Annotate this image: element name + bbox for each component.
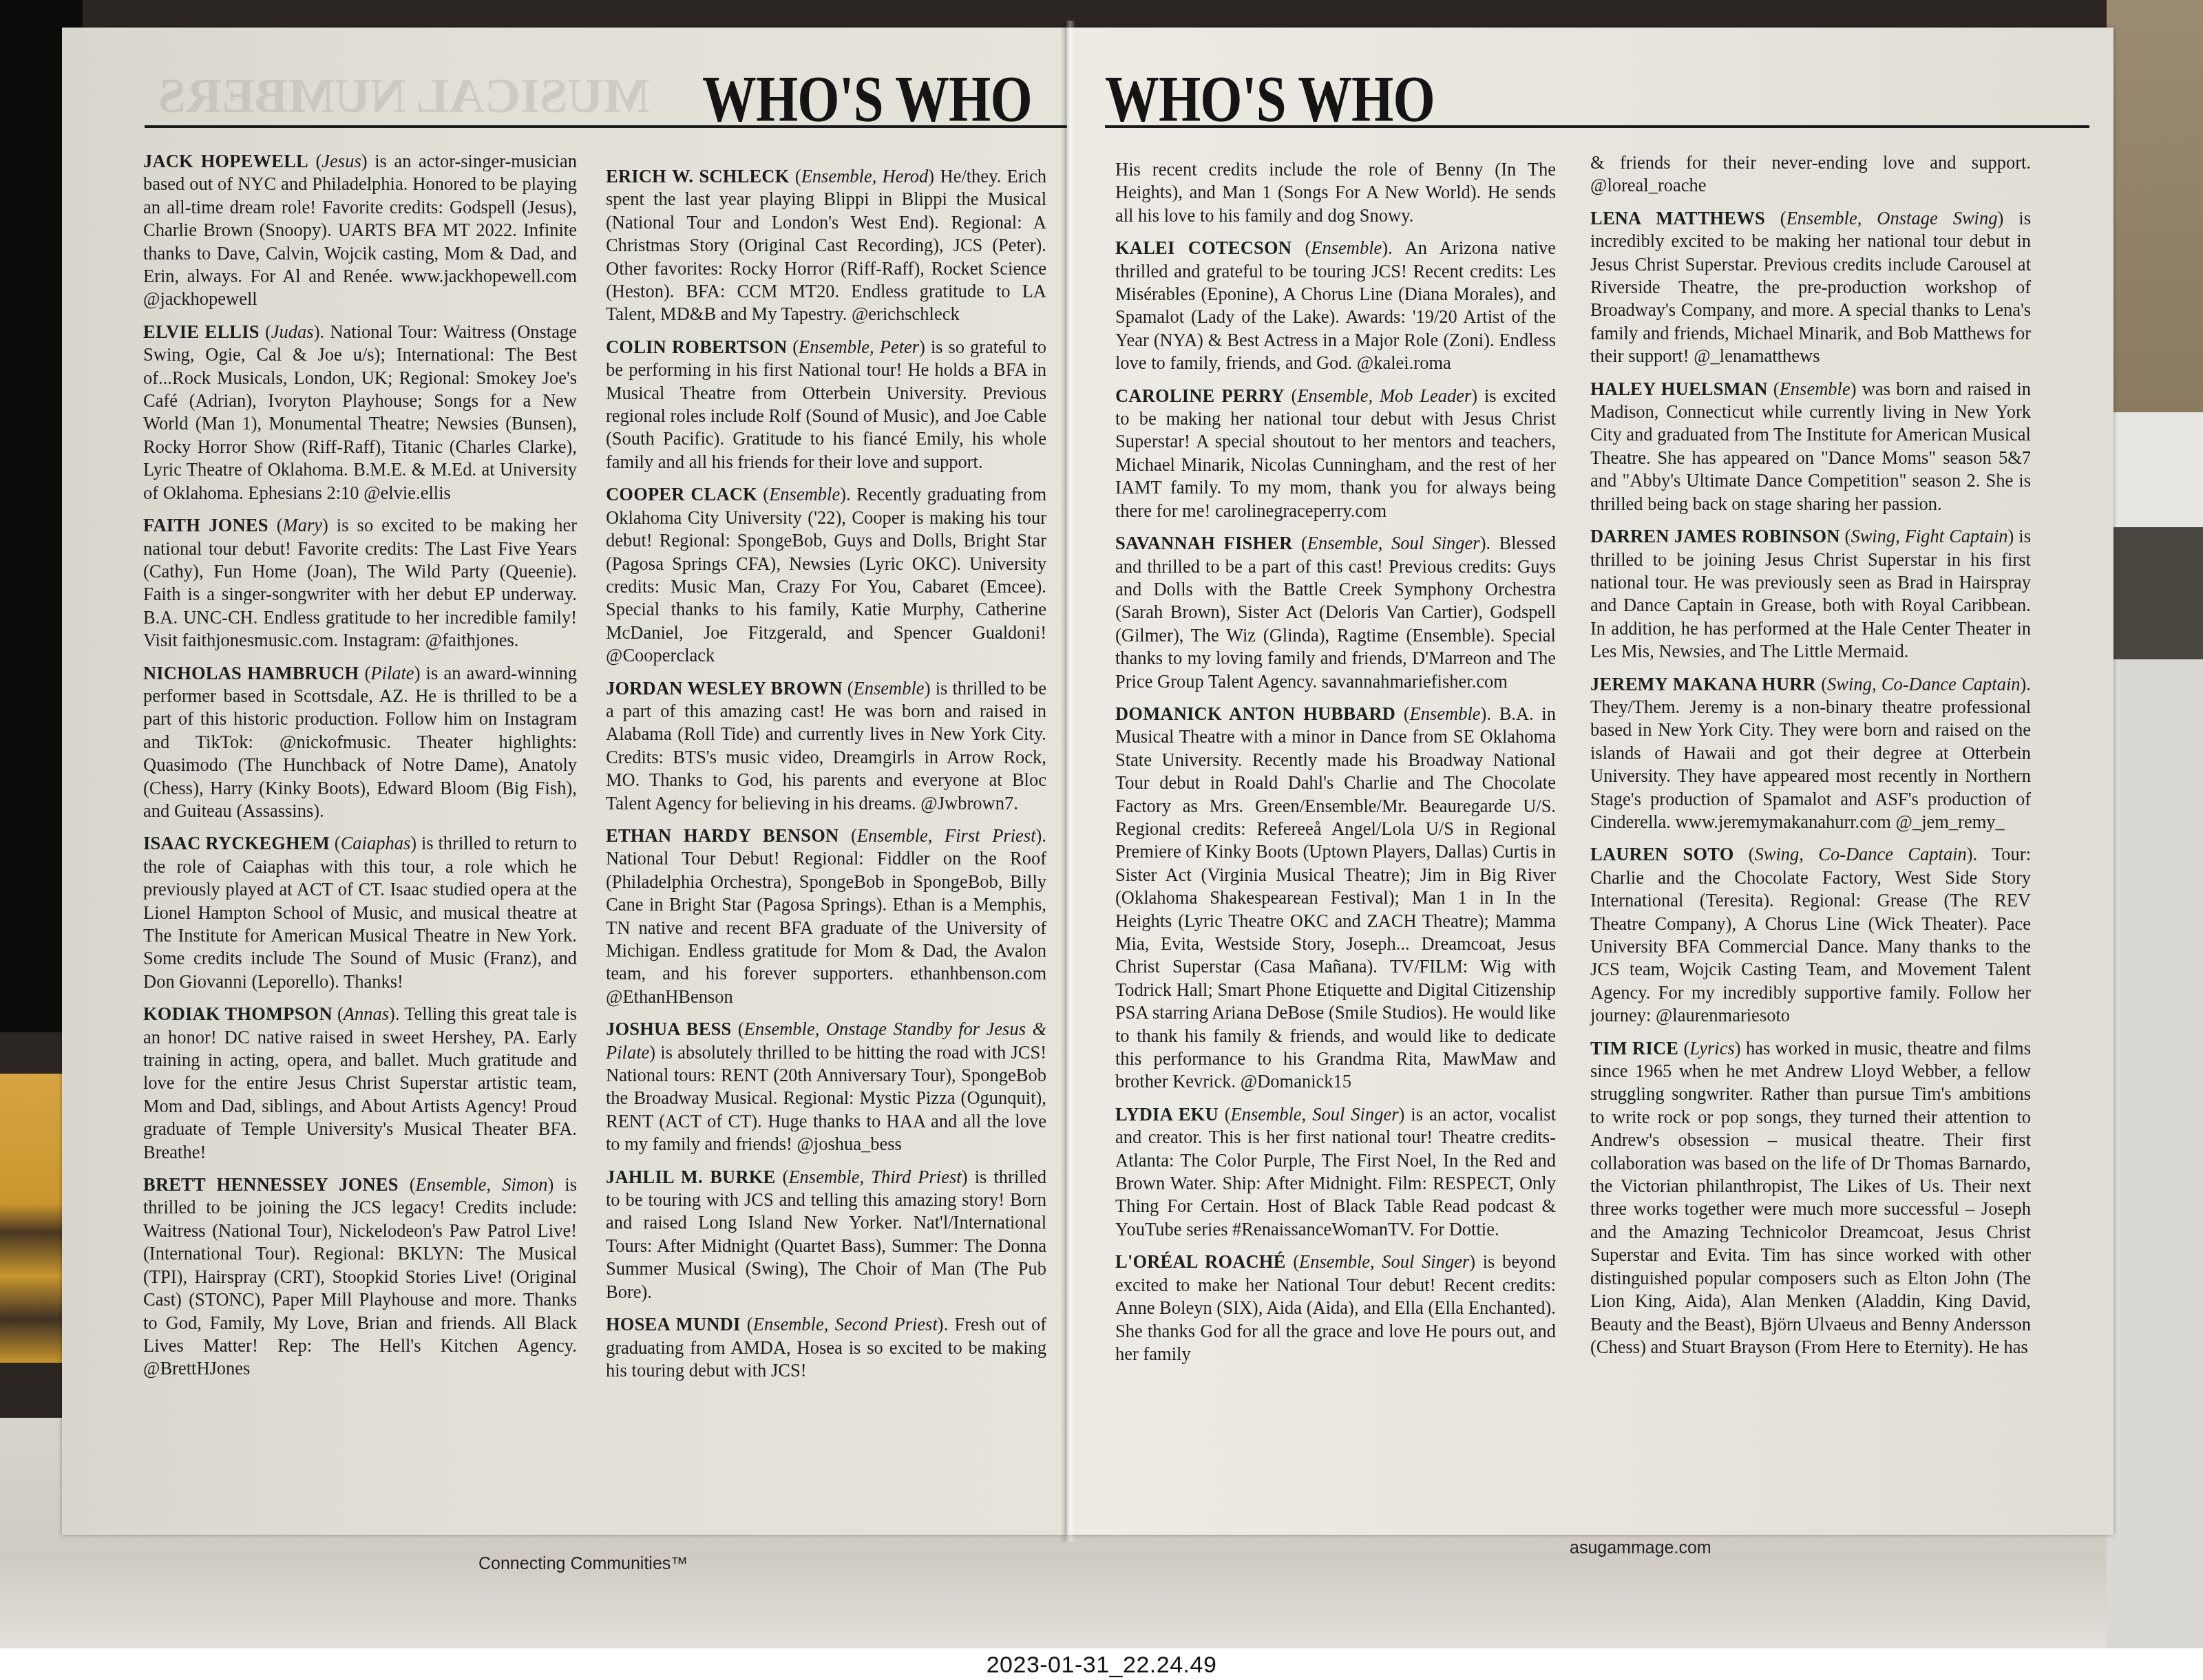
- bio-column-3: His recent credits include the role of B…: [1115, 158, 1556, 1375]
- bio-role: Ensemble, Peter: [799, 337, 919, 357]
- program-photo: MUSICAL NUMBERS WHO'S WHO JACK HOPEWELL …: [0, 0, 2203, 1648]
- bio-entry: DARREN JAMES ROBINSON (Swing, Fight Capt…: [1590, 525, 2031, 663]
- bio-role: Ensemble, Soul Singer: [1307, 533, 1480, 553]
- bio-entry: ERICH W. SCHLECK (Ensemble, Herod) He/th…: [606, 165, 1046, 326]
- bio-entry: LENA MATTHEWS (Ensemble, Onstage Swing) …: [1590, 207, 2031, 368]
- bio-role: Ensemble, Third Priest: [788, 1167, 961, 1187]
- bio-text: . Telling this great tale is an honor! D…: [143, 1003, 577, 1162]
- bio-text: is thrilled to return to the role of Cai…: [143, 833, 577, 991]
- bio-name: ISAAC RYCKEGHEM: [143, 833, 330, 853]
- bio-entry: CAROLINE PERRY (Ensemble, Mob Leader) is…: [1115, 385, 1556, 522]
- bio-entry: KALEI COTECSON (Ensemble). An Arizona na…: [1115, 237, 1556, 374]
- heading-rule: [145, 125, 1081, 128]
- background-right-objects: [2107, 0, 2203, 1648]
- bio-entry: TIM RICE (Lyrics) has worked in music, t…: [1590, 1037, 2031, 1359]
- bio-name: DOMANICK ANTON HUBBARD: [1115, 703, 1395, 724]
- bio-continuation: His recent credits include the role of B…: [1115, 158, 1556, 227]
- bio-name: JOSHUA BESS: [606, 1019, 731, 1039]
- bio-name: L'ORÉAL ROACHÉ: [1115, 1251, 1286, 1272]
- bio-name: ETHAN HARDY BENSON: [606, 825, 839, 846]
- bio-entry: ISAAC RYCKEGHEM (Caiaphas) is thrilled t…: [143, 832, 577, 993]
- bio-name: HALEY HUELSMAN: [1590, 379, 1768, 399]
- bio-entry: SAVANNAH FISHER (Ensemble, Soul Singer).…: [1115, 532, 1556, 693]
- bio-entry: LAUREN SOTO (Swing, Co-Dance Captain). T…: [1590, 843, 2031, 1027]
- heading-rule: [1105, 125, 2089, 128]
- bio-role: Ensemble: [1780, 379, 1851, 399]
- bio-entry: COOPER CLACK (Ensemble). Recently gradua…: [606, 483, 1046, 667]
- bio-role: Ensemble: [854, 678, 925, 699]
- bio-continuation: & friends for their never-ending love an…: [1590, 151, 2031, 198]
- bio-name: BRETT HENNESSEY JONES: [143, 1174, 399, 1195]
- bio-entry: JORDAN WESLEY BROWN (Ensemble) is thrill…: [606, 677, 1046, 815]
- bio-entry: DOMANICK ANTON HUBBARD (Ensemble). B.A. …: [1115, 703, 1556, 1094]
- bio-role: Ensemble, Soul Singer: [1299, 1251, 1469, 1272]
- bio-role: Caiaphas: [341, 833, 411, 853]
- bio-text: is an award-winning performer based in S…: [143, 663, 577, 821]
- bio-name: HOSEA MUNDI: [606, 1314, 741, 1335]
- bio-role: Ensemble, Mob Leader: [1297, 385, 1471, 406]
- book-spine: [1060, 21, 1075, 1542]
- bio-name: JACK HOPEWELL: [143, 151, 308, 171]
- bio-role: Ensemble: [1410, 703, 1481, 724]
- bio-name: KODIAK THOMPSON: [143, 1003, 333, 1024]
- bio-entry: KODIAK THOMPSON (Annas). Telling this gr…: [143, 1003, 577, 1164]
- bio-role: Ensemble: [769, 484, 840, 504]
- bio-entry: ETHAN HARDY BENSON (Ensemble, First Prie…: [606, 825, 1046, 1008]
- bio-role: Jesus: [322, 151, 361, 171]
- bio-entry: BRETT HENNESSEY JONES (Ensemble, Simon) …: [143, 1173, 577, 1381]
- bio-entry: JEREMY MAKANA HURR (Swing, Co-Dance Capt…: [1590, 673, 2031, 834]
- bio-column-2: ERICH W. SCHLECK (Ensemble, Herod) He/th…: [606, 165, 1046, 1392]
- bio-role: Annas: [344, 1003, 389, 1024]
- right-page: WHO'S WHO His recent credits include the…: [1067, 28, 2114, 1535]
- bio-role: Pilate: [370, 663, 414, 683]
- bio-text: is absolutely thrilled to be hitting the…: [606, 1042, 1046, 1155]
- bio-entry: JAHLIL M. BURKE (Ensemble, Third Priest)…: [606, 1166, 1046, 1304]
- footer-tagline: Connecting Communities™: [478, 1554, 688, 1574]
- bio-name: COLIN ROBERTSON: [606, 337, 787, 357]
- bio-name: FAITH JONES: [143, 515, 268, 535]
- bio-text: . National Tour: Waitress (Onstage Swing…: [143, 321, 577, 503]
- bio-name: JEREMY MAKANA HURR: [1590, 674, 1816, 694]
- bio-entry: L'ORÉAL ROACHÉ (Ensemble, Soul Singer) i…: [1115, 1251, 1556, 1365]
- bio-column-4: & friends for their never-ending love an…: [1590, 151, 2031, 1368]
- bio-text: . Blessed and thrilled to be a part of t…: [1115, 533, 1556, 691]
- bio-name: LAUREN SOTO: [1590, 844, 1734, 864]
- bio-role: Swing, Fight Captain: [1851, 526, 2007, 546]
- bio-role: Ensemble: [1311, 237, 1382, 258]
- bio-text: He/they. Erich spent the last year playi…: [606, 166, 1046, 324]
- bio-role: Ensemble, Soul Singer: [1231, 1104, 1399, 1125]
- bio-entry: LYDIA EKU (Ensemble, Soul Singer) is an …: [1115, 1103, 1556, 1241]
- bio-name: JAHLIL M. BURKE: [606, 1167, 775, 1187]
- bio-role: Ensemble, Onstage Swing: [1786, 208, 1998, 228]
- bio-role: Swing, Co-Dance Captain: [1755, 844, 1967, 864]
- bio-name: NICHOLAS HAMBRUCH: [143, 663, 359, 683]
- bio-entry: FAITH JONES (Mary) is so excited to be m…: [143, 514, 577, 652]
- bio-text: . National Tour Debut! Regional: Fiddler…: [606, 825, 1046, 1007]
- bio-name: SAVANNAH FISHER: [1115, 533, 1292, 553]
- bio-text: has worked in music, theatre and films s…: [1590, 1038, 2031, 1357]
- bio-name: LENA MATTHEWS: [1590, 208, 1765, 228]
- bio-role: Ensemble, Herod: [801, 166, 929, 187]
- bio-role: Ensemble, First Priest: [857, 825, 1036, 846]
- bio-text: is an actor-singer-musician based out of…: [143, 151, 577, 309]
- bio-role: Mary: [283, 515, 322, 535]
- left-page: MUSICAL NUMBERS WHO'S WHO JACK HOPEWELL …: [62, 28, 1067, 1535]
- bio-role: Ensemble, Simon: [415, 1174, 547, 1195]
- photo-timestamp: 2023-01-31_22.24.49: [0, 1652, 2203, 1679]
- show-through-heading: MUSICAL NUMBERS: [158, 67, 650, 125]
- bio-name: LYDIA EKU: [1115, 1104, 1219, 1125]
- bio-column-1: JACK HOPEWELL (Jesus) is an actor-singer…: [143, 150, 577, 1390]
- bio-role: Lyrics: [1689, 1038, 1734, 1059]
- bio-name: COOPER CLACK: [606, 484, 757, 504]
- bio-entry: HOSEA MUNDI (Ensemble, Second Priest). F…: [606, 1313, 1046, 1382]
- bio-entry: ELVIE ELLIS (Judas). National Tour: Wait…: [143, 321, 577, 504]
- bio-text: is thrilled to be joining the JCS legacy…: [143, 1174, 577, 1379]
- bio-name: ELVIE ELLIS: [143, 321, 260, 342]
- bio-entry: HALEY HUELSMAN (Ensemble) was born and r…: [1590, 378, 2031, 515]
- bio-text: . B.A. in Musical Theatre with a minor i…: [1115, 703, 1556, 1092]
- bio-name: ERICH W. SCHLECK: [606, 166, 790, 187]
- bio-role: Judas: [271, 321, 314, 342]
- bio-name: JORDAN WESLEY BROWN: [606, 678, 843, 699]
- bio-name: TIM RICE: [1590, 1038, 1678, 1059]
- bio-text: . Recently graduating from Oklahoma City…: [606, 484, 1046, 666]
- bio-entry: JACK HOPEWELL (Jesus) is an actor-singer…: [143, 150, 577, 311]
- bio-text: is incredibly excited to be making her n…: [1590, 208, 2031, 366]
- bio-role: Swing, Co-Dance Captain: [1827, 674, 2020, 694]
- bio-entry: NICHOLAS HAMBRUCH (Pilate) is an award-w…: [143, 662, 577, 823]
- bio-name: KALEI COTECSON: [1115, 237, 1292, 258]
- bio-entry: JOSHUA BESS (Ensemble, Onstage Standby f…: [606, 1018, 1046, 1156]
- bio-name: CAROLINE PERRY: [1115, 385, 1285, 406]
- bio-name: DARREN JAMES ROBINSON: [1590, 526, 1840, 546]
- bio-entry: COLIN ROBERTSON (Ensemble, Peter) is so …: [606, 336, 1046, 474]
- bio-text: . They/Them. Jeremy is a non-binary thea…: [1590, 674, 2031, 832]
- bio-role: Ensemble, Second Priest: [753, 1314, 938, 1335]
- footer-website: asugammage.com: [1570, 1538, 1711, 1558]
- bio-text: . Tour: Charlie and the Chocolate Factor…: [1590, 844, 2031, 1025]
